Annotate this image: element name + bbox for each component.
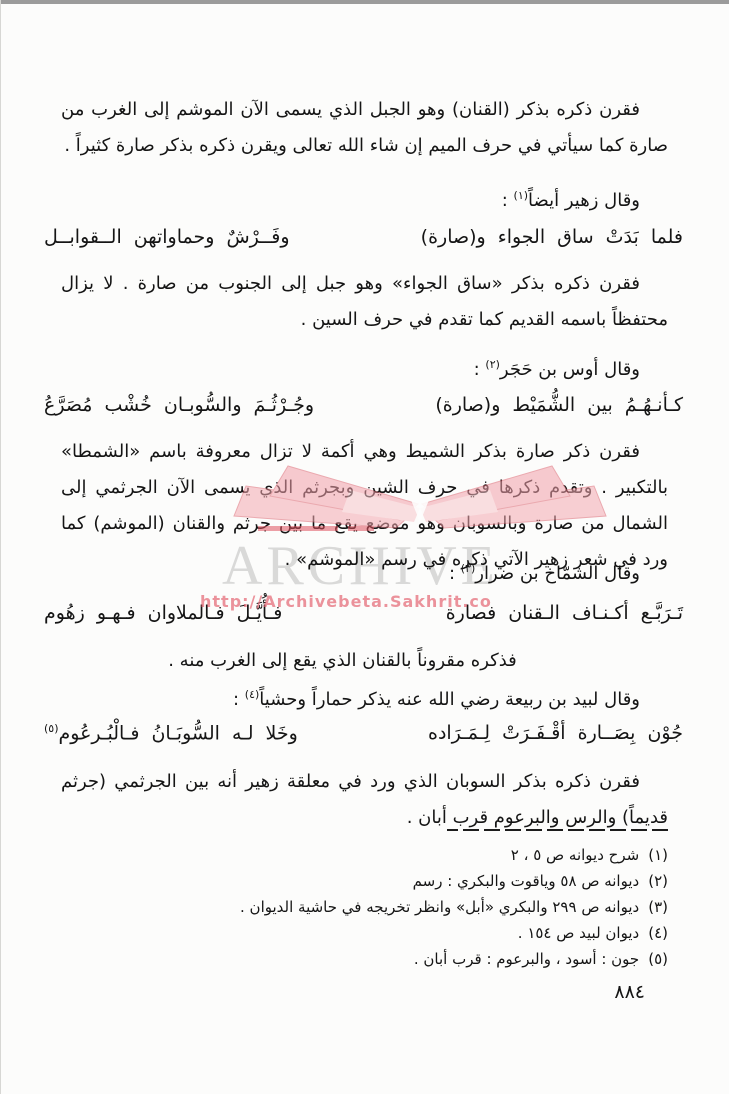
footnote-divider <box>447 829 668 831</box>
verse-2-hemistich-right: كـأنـهُـمُ بين الشُّمَيْط و(صارة) <box>435 388 683 422</box>
footnote-text: شرح ديوانه ص ٥ ، ٢ <box>511 846 639 864</box>
footnotes-section: (١)شرح ديوانه ص ٥ ، ٢ (٢)ديوانه ص ٥٨ ويا… <box>61 842 668 972</box>
paragraph-5: فقرن ذكره بذكر السوبان الذي ورد في معلقة… <box>61 764 668 836</box>
verse-1-hemistich-left: وفَــرْشٌ وحماواتهن الــقوابــل <box>44 220 290 254</box>
footnote-number: (٢) <box>648 868 668 894</box>
footnote-ref-3: (٣) <box>461 562 476 575</box>
scan-edge-top <box>0 0 729 4</box>
verse-1-hemistich-right: فلما بَدَتْ ساق الجواء و(صارة) <box>421 220 683 254</box>
footnote-item-2: (٢)ديوانه ص ٥٨ وياقوت والبكري : رسم <box>61 868 668 894</box>
footnote-number: (٥) <box>648 946 668 972</box>
scan-edge-left <box>0 0 1 1094</box>
footnote-text: ديوانه ص ٥٨ وياقوت والبكري : رسم <box>413 872 640 890</box>
verse-1: فلما بَدَتْ ساق الجواء و(صارة) وفَــرْشٌ… <box>44 220 683 254</box>
page-number: ٨٨٤ <box>614 981 645 1003</box>
footnote-item-5: (٥)جون : أسود ، والبرعوم : قرب أبان . <box>61 946 668 972</box>
footnote-text: ديوانه ص ٢٩٩ والبكري «أبل» وانظر تخريجه … <box>240 898 639 916</box>
verse-2: كـأنـهُـمُ بين الشُّمَيْط و(صارة) وجُـرْ… <box>44 388 683 422</box>
footnote-item-4: (٤)ديوان لبيد ص ١٥٤ . <box>61 920 668 946</box>
footnote-number: (٤) <box>648 920 668 946</box>
footnote-number: (٣) <box>648 894 668 920</box>
verse-3-hemistich-left: فـأُيَّـلَ فـالملاوان فـهـو زهُوم <box>44 596 282 630</box>
verse-2-hemistich-left: وجُـرْثُـمَ والسُّوبـان خُشْب مُصَرَّعُ <box>44 388 314 422</box>
paragraph-2: فقرن ذكره بذكر «ساق الجواء» وهو جبل إلى … <box>61 266 668 338</box>
footnote-number: (١) <box>648 842 668 868</box>
verse-4: جُوْن بِصَــارة أقْـفَـرَتْ لِـمَـرَاده … <box>44 712 683 750</box>
poet-intro-1: وقال زهير أيضاً(١) : <box>61 181 668 216</box>
poet-intro-4-text: وقال لبيد بن ربيعة رضي الله عنه يذكر حما… <box>259 689 640 710</box>
footnote-ref-2: (٢) <box>485 358 500 371</box>
verse-4-hemistich-left: وخَلا لـه السُّوبَـانُ فـالْبُـرعُوم(٥) <box>44 712 298 750</box>
verse-3: تَـرَبَّـع أكـنـاف الـقنان فصارة فـأُيَّ… <box>44 596 683 630</box>
poet-intro-4: وقال لبيد بن ربيعة رضي الله عنه يذكر حما… <box>61 680 668 715</box>
verse-4-hemistich-right: جُوْن بِصَــارة أقْـفَـرَتْ لِـمَـرَاده <box>428 716 683 750</box>
footnote-ref-4: (٤) <box>245 688 260 701</box>
verse-3-hemistich-right: تَـرَبَّـع أكـنـاف الـقنان فصارة <box>446 596 683 630</box>
poet-intro-3-colon: : <box>449 563 455 584</box>
poet-intro-3-text: وقال الشمّاخ بن ضرار <box>475 563 640 584</box>
poet-intro-4-colon: : <box>233 689 239 710</box>
poet-intro-2-colon: : <box>474 359 480 380</box>
paragraph-4: فذكره مقروناً بالقنان الذي يقع إلى الغرب… <box>61 646 624 676</box>
footnote-item-3: (٣)ديوانه ص ٢٩٩ والبكري «أبل» وانظر تخري… <box>61 894 668 920</box>
footnote-ref-1: (١) <box>514 189 529 202</box>
footnote-text: جون : أسود ، والبرعوم : قرب أبان . <box>414 950 639 968</box>
poet-intro-1-colon: : <box>502 190 508 211</box>
poet-intro-2-text: وقال أوس بن حَجَر <box>500 359 640 380</box>
footnote-text: ديوان لبيد ص ١٥٤ . <box>518 924 639 942</box>
book-page-scan: ARCHIVE http://Archivebeta.Sakhrit.co فق… <box>0 0 729 1094</box>
footnote-ref-5: (٥) <box>44 722 59 735</box>
poet-intro-1-text: وقال زهير أيضاً <box>528 190 640 211</box>
paragraph-1: فقرن ذكره بذكر (القنان) وهو الجبل الذي ي… <box>61 92 668 164</box>
poet-intro-2: وقال أوس بن حَجَر(٢) : <box>61 350 668 385</box>
footnote-item-1: (١)شرح ديوانه ص ٥ ، ٢ <box>61 842 668 868</box>
poet-intro-3: وقال الشمّاخ بن ضرار(٣) : <box>61 554 668 589</box>
verse-4-left-text: وخَلا لـه السُّوبَـانُ فـالْبُـرعُوم <box>59 722 298 744</box>
